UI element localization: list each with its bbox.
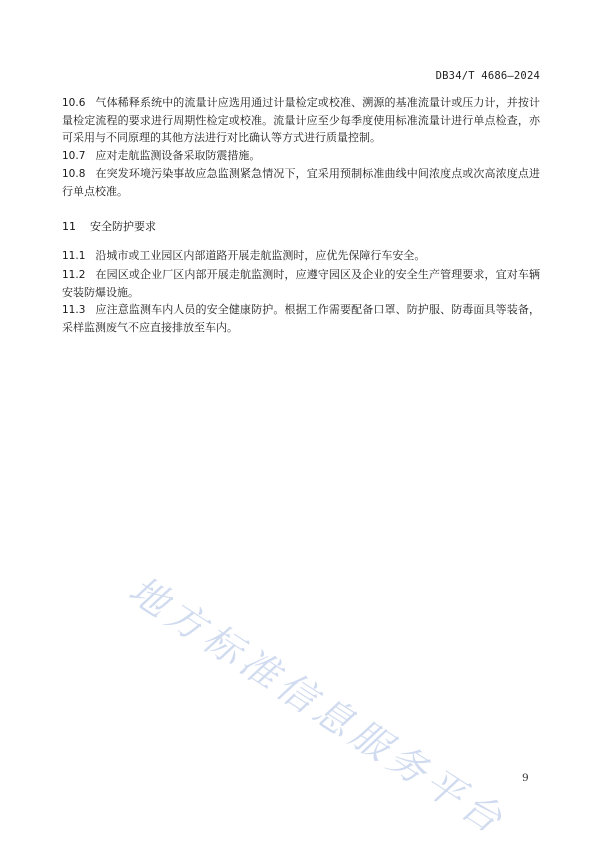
page-number: 9 [522,772,529,784]
clause-text: 在园区或企业厂区内部开展走航监测时，应遵守园区及企业的安全生产管理要求，宜对车辆… [62,268,540,299]
standard-code-header: DB34/T 4686—2024 [436,70,540,82]
clause-text: 应注意监测车内人员的安全健康防护。根据工作需要配备口罩、防护服、防毒面具等装备，… [62,303,540,334]
clause-number: 10.7 [62,150,85,162]
clause-11-3: 11.3应注意监测车内人员的安全健康防护。根据工作需要配备口罩、防护服、防毒面具… [62,301,540,336]
section-heading-11: 11安全防护要求 [62,218,540,235]
clause-text: 在突发环境污染事故应急监测紧急情况下，宜采用预制标准曲线中间浓度点或次高浓度点进… [62,167,540,198]
section-title: 安全防护要求 [90,220,156,233]
clause-text: 气体稀释系统中的流量计应选用通过计量检定或校准、溯源的基准流量计或压力计，并按计… [62,96,540,144]
section-number: 11 [62,220,76,233]
clause-text: 沿城市或工业园区内部道路开展走航监测时，应优先保障行车安全。 [95,249,425,262]
clause-11-2: 11.2在园区或企业厂区内部开展走航监测时，应遵守园区及企业的安全生产管理要求，… [62,266,540,301]
watermark: 地方标准信息服务平台 [120,560,519,846]
clause-number: 10.8 [62,168,85,180]
clause-number: 10.6 [62,97,85,109]
clause-text: 应对走航监测设备采取防震措施。 [95,149,260,162]
clause-10-7: 10.7应对走航监测设备采取防震措施。 [62,147,540,165]
clause-10-8: 10.8在突发环境污染事故应急监测紧急情况下，宜采用预制标准曲线中间浓度点或次高… [62,165,540,200]
document-body: 10.6气体稀释系统中的流量计应选用通过计量检定或校准、溯源的基准流量计或压力计… [62,94,540,336]
clause-number: 11.3 [62,304,85,316]
clause-11-1: 11.1沿城市或工业园区内部道路开展走航监测时，应优先保障行车安全。 [62,247,540,265]
clause-number: 11.2 [62,269,85,281]
clause-number: 11.1 [62,250,85,262]
clause-10-6: 10.6气体稀释系统中的流量计应选用通过计量检定或校准、溯源的基准流量计或压力计… [62,94,540,147]
